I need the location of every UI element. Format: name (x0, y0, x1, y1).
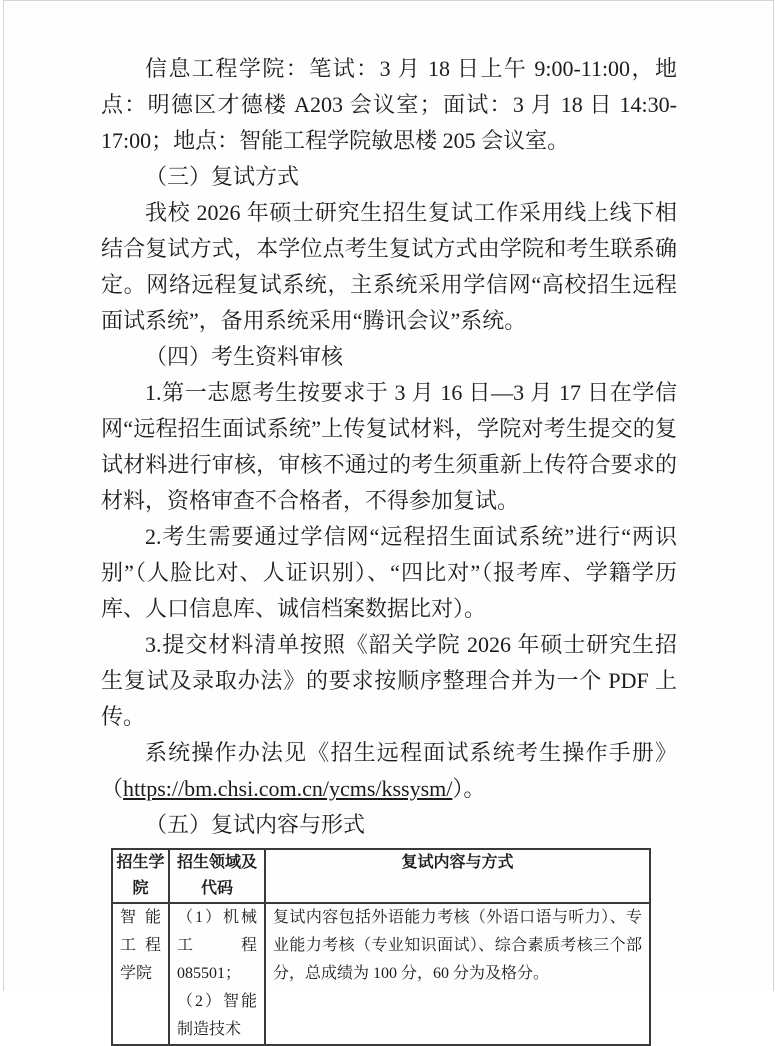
section-heading-method: （三）复试方式 (101, 159, 677, 195)
table-cell-college: 智能工程学院 (112, 903, 169, 991)
manual-link-close-paren: ）。 (452, 776, 485, 801)
paragraph-exam-schedule: 信息工程学院：笔试：3 月 18 日上午 9:00-11:00，地点：明德区才德… (101, 51, 677, 159)
table-row: 智能工程学院 （1）机械工程085501；（2）智能制造技术 复试内容包括外语能… (112, 903, 650, 991)
document-content: 信息工程学院：笔试：3 月 18 日上午 9:00-11:00，地点：明德区才德… (101, 51, 677, 991)
table-header-content: 复试内容与方式 (265, 849, 650, 903)
table-header-field: 招生领域及代码 (169, 849, 265, 903)
paragraph-manual-link: 系统操作办法见《招生远程面试系统考生操作手册》（https://bm.chsi.… (101, 735, 677, 807)
paragraph-item-1: 1.第一志愿考生按要求于 3 月 16 日—3 月 17 日在学信网“远程招生面… (101, 375, 677, 519)
review-content-table: 招生学院 招生领域及代码 复试内容与方式 智能工程学院 （1）机械工程08550… (111, 848, 651, 991)
document-page: 信息工程学院：笔试：3 月 18 日上午 9:00-11:00，地点：明德区才德… (3, 0, 774, 991)
table-cell-content: 复试内容包括外语能力考核（外语口语与听力）、专业能力考核（专业知识面试）、综合素… (265, 903, 650, 991)
table-header-college: 招生学院 (112, 849, 169, 903)
manual-link-prefix: 系统操作办法见《招生远程面试系统考生操作手册》 (145, 740, 677, 765)
table-header-row: 招生学院 招生领域及代码 复试内容与方式 (112, 849, 650, 903)
paragraph-method: 我校 2026 年硕士研究生招生复试工作采用线上线下相结合复试方式，本学位点考生… (101, 195, 677, 339)
manual-link-open-paren: （ (101, 776, 123, 801)
section-heading-review-content: （五）复试内容与形式 (101, 807, 677, 843)
paragraph-item-2: 2.考生需要通过学信网“远程招生面试系统”进行“两识别”（人脸比对、人证识别）、… (101, 519, 677, 627)
table-cell-field: （1）机械工程085501；（2）智能制造技术 (169, 903, 265, 991)
paragraph-item-3: 3.提交材料清单按照《韶关学院 2026 年硕士研究生招生复试及录取办法》的要求… (101, 627, 677, 735)
manual-url-link[interactable]: https://bm.chsi.com.cn/ycms/kssysm/ (123, 776, 452, 801)
section-heading-material-review: （四）考生资料审核 (101, 339, 677, 375)
